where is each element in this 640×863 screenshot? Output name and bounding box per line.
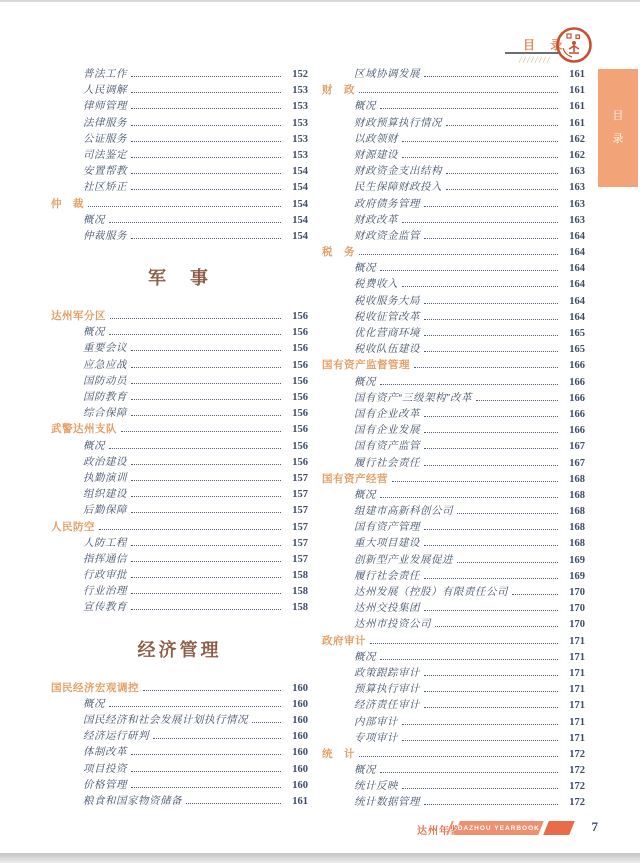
toc-entry: 经济责任审计171 bbox=[322, 697, 585, 713]
toc-entry: 普法工作152 bbox=[51, 66, 308, 82]
dotted-leader bbox=[99, 529, 281, 530]
toc-entry: 组织建设157 bbox=[51, 486, 308, 502]
toc-entry-page-number: 164 bbox=[562, 279, 585, 290]
dotted-leader bbox=[380, 659, 558, 660]
toc-entry-label: 达州发展（控股）有限责任公司 bbox=[322, 584, 508, 599]
toc-entry-page-number: 156 bbox=[285, 360, 308, 371]
toc-entry-label: 统 计 bbox=[322, 746, 355, 761]
toc-entry-page-number: 160 bbox=[285, 780, 308, 791]
toc-entry-page-number: 166 bbox=[562, 393, 585, 404]
toc-entry: 内部审计171 bbox=[322, 714, 585, 730]
toc-entry-page-number: 154 bbox=[285, 199, 308, 210]
toc-entry-page-number: 161 bbox=[562, 101, 585, 112]
toc-entry-page-number: 158 bbox=[285, 570, 308, 581]
toc-entry-page-number: 166 bbox=[562, 409, 585, 420]
toc-entry-page-number: 160 bbox=[285, 764, 308, 775]
dotted-leader bbox=[424, 351, 558, 352]
toc-entry-page-number: 164 bbox=[562, 263, 585, 274]
toc-entry-page-number: 161 bbox=[562, 69, 585, 80]
toc-entry-label: 财政改革 bbox=[322, 212, 398, 227]
dotted-leader bbox=[109, 334, 281, 335]
toc-entry: 政府审计171 bbox=[322, 633, 585, 649]
dotted-leader bbox=[143, 690, 281, 691]
toc-entry-page-number: 160 bbox=[285, 683, 308, 694]
toc-entry-label: 国防教育 bbox=[51, 389, 127, 404]
toc-entry-label: 财 政 bbox=[322, 82, 355, 97]
toc-entry: 达州市投资公司170 bbox=[322, 616, 585, 632]
toc-entry-label: 社区矫正 bbox=[51, 179, 127, 194]
toc-entry-label: 组建市高新科创公司 bbox=[322, 503, 453, 518]
toc-entry-page-number: 172 bbox=[562, 749, 585, 760]
toc-entry-page-number: 156 bbox=[285, 424, 308, 435]
toc-entry-label: 国防动员 bbox=[51, 373, 127, 388]
dotted-leader bbox=[424, 448, 558, 449]
toc-entry-label: 人民调解 bbox=[51, 82, 127, 97]
dotted-leader bbox=[131, 771, 281, 772]
dotted-leader bbox=[424, 303, 558, 304]
dotted-leader bbox=[380, 270, 558, 271]
toc-entry-label: 行业治理 bbox=[51, 583, 127, 598]
toc-entry-page-number: 156 bbox=[285, 311, 308, 322]
toc-entry-label: 国民经济和社会发展计划执行情况 bbox=[51, 712, 248, 727]
dotted-leader bbox=[131, 157, 281, 158]
toc-entry-page-number: 153 bbox=[285, 85, 308, 96]
toc-entry-label: 税收队伍建设 bbox=[322, 341, 420, 356]
dotted-leader bbox=[131, 593, 281, 594]
toc-entry: 国有资产经营168 bbox=[322, 471, 585, 487]
dotted-leader bbox=[424, 335, 558, 336]
toc-entry-label: 仲裁服务 bbox=[51, 228, 127, 243]
toc-entry: 预算执行审计171 bbox=[322, 681, 585, 697]
toc-entry-label: 行政审批 bbox=[51, 567, 127, 582]
toc-entry-page-number: 156 bbox=[285, 441, 308, 452]
toc-entry-page-number: 156 bbox=[285, 408, 308, 419]
dotted-leader bbox=[131, 108, 281, 109]
toc-entry-label: 普法工作 bbox=[51, 66, 127, 81]
toc-entry-label: 体制改革 bbox=[51, 744, 127, 759]
dotted-leader bbox=[131, 76, 281, 77]
dotted-leader bbox=[392, 481, 558, 482]
dotted-leader bbox=[424, 675, 558, 676]
dotted-leader bbox=[359, 756, 558, 757]
toc-entry: 财政资金监管164 bbox=[322, 228, 585, 244]
toc-entry-page-number: 166 bbox=[562, 425, 585, 436]
toc-entry-label: 履行社会责任 bbox=[322, 455, 420, 470]
dotted-leader bbox=[131, 399, 281, 400]
toc-entry-page-number: 156 bbox=[285, 457, 308, 468]
toc-entry-label: 重要会议 bbox=[51, 340, 127, 355]
dotted-leader bbox=[402, 286, 558, 287]
toc-entry: 综合保障156 bbox=[51, 405, 308, 421]
toc-entry-label: 国民经济宏观调控 bbox=[51, 680, 139, 695]
toc-entry: 达州军分区156 bbox=[51, 308, 308, 324]
toc-entry: 律师管理153 bbox=[51, 98, 308, 114]
toc-entry-page-number: 171 bbox=[562, 668, 585, 679]
toc-entry: 国有资产监督管理166 bbox=[322, 357, 585, 373]
dotted-leader bbox=[446, 189, 558, 190]
toc-entry: 统 计172 bbox=[322, 746, 585, 762]
toc-entry-page-number: 153 bbox=[285, 118, 308, 129]
toc-entry: 重大项目建设168 bbox=[322, 535, 585, 551]
toc-entry: 概况171 bbox=[322, 649, 585, 665]
toc-entry-page-number: 163 bbox=[562, 166, 585, 177]
toc-entry: 概况160 bbox=[51, 696, 308, 712]
dotted-leader bbox=[424, 432, 558, 433]
toc-entry: 税收队伍建设165 bbox=[322, 341, 585, 357]
dotted-leader bbox=[402, 222, 558, 223]
dotted-leader bbox=[424, 465, 558, 466]
toc-entry-page-number: 171 bbox=[562, 733, 585, 744]
toc-entry-label: 财政资金支出结构 bbox=[322, 163, 442, 178]
dotted-leader bbox=[424, 238, 558, 239]
toc-entry-page-number: 165 bbox=[562, 328, 585, 339]
toc-entry-page-number: 172 bbox=[562, 797, 585, 808]
dotted-leader bbox=[110, 318, 281, 319]
toc-entry: 国有资产“三级架构”改革166 bbox=[322, 390, 585, 406]
toc-entry: 概况156 bbox=[51, 324, 308, 340]
toc-entry-page-number: 171 bbox=[562, 636, 585, 647]
toc-column-left: 普法工作152人民调解153律师管理153法律服务153公证服务153司法鉴定1… bbox=[51, 66, 308, 811]
footer-badge-label: DAZHOU YEARBOOK bbox=[458, 825, 540, 832]
toc-entry: 国有资产监管167 bbox=[322, 438, 585, 454]
toc-entry-page-number: 158 bbox=[285, 586, 308, 597]
toc-entry: 以政领财162 bbox=[322, 131, 585, 147]
footer-yearbook-badge: DAZHOU YEARBOOK bbox=[454, 821, 544, 835]
toc-entry-page-number: 164 bbox=[562, 247, 585, 258]
toc-entry: 政策跟踪审计171 bbox=[322, 665, 585, 681]
toc-entry: 行政审批158 bbox=[51, 567, 308, 583]
toc-entry-label: 概况 bbox=[322, 487, 376, 502]
toc-entry-label: 国有企业发展 bbox=[322, 422, 420, 437]
toc-entry-label: 税费收入 bbox=[322, 276, 398, 291]
dotted-leader bbox=[402, 740, 558, 741]
dotted-leader bbox=[131, 577, 281, 578]
toc-entry: 创新型产业发展促进169 bbox=[322, 552, 585, 568]
toc-entry-label: 概况 bbox=[322, 98, 376, 113]
toc-entry-label: 国有资产管理 bbox=[322, 519, 420, 534]
toc-entry: 宣传教育158 bbox=[51, 599, 308, 615]
toc-entry-page-number: 168 bbox=[562, 538, 585, 549]
yearbook-toc-page: 目 录 //////// 目 录 普法工作152人民调解153律师管理153法律… bbox=[0, 0, 640, 863]
toc-entry-page-number: 167 bbox=[562, 441, 585, 452]
toc-entry-label: 税 务 bbox=[322, 244, 355, 259]
dotted-leader bbox=[131, 512, 281, 513]
toc-entry-page-number: 163 bbox=[562, 182, 585, 193]
toc-entry-page-number: 156 bbox=[285, 343, 308, 354]
toc-entry-label: 执勤演训 bbox=[51, 470, 127, 485]
dotted-leader bbox=[424, 610, 558, 611]
toc-entry-label: 专项审计 bbox=[322, 730, 398, 745]
dotted-leader bbox=[424, 206, 558, 207]
toc-entry: 粮食和国家物资储备161 bbox=[51, 793, 308, 809]
toc-entry: 政治建设156 bbox=[51, 454, 308, 470]
toc-entry-page-number: 165 bbox=[562, 344, 585, 355]
toc-entry: 后勤保障157 bbox=[51, 502, 308, 518]
dotted-leader bbox=[370, 643, 558, 644]
dotted-leader bbox=[424, 578, 558, 579]
toc-entry-page-number: 153 bbox=[285, 101, 308, 112]
toc-entry-label: 武警达州支队 bbox=[51, 421, 117, 436]
dotted-leader bbox=[414, 367, 558, 368]
toc-entry-label: 安置帮教 bbox=[51, 163, 127, 178]
toc-entry-page-number: 160 bbox=[285, 715, 308, 726]
toc-entry-label: 概况 bbox=[51, 212, 105, 227]
dotted-leader bbox=[424, 416, 558, 417]
dotted-leader bbox=[131, 383, 281, 384]
dotted-leader bbox=[446, 173, 558, 174]
toc-entry-label: 项目投资 bbox=[51, 761, 127, 776]
toc-entry-page-number: 157 bbox=[285, 522, 308, 533]
dotted-leader bbox=[131, 189, 281, 190]
toc-entry-label: 指挥通信 bbox=[51, 551, 127, 566]
toc-entry-page-number: 169 bbox=[562, 571, 585, 582]
toc-entry-page-number: 170 bbox=[562, 587, 585, 598]
toc-entry-page-number: 158 bbox=[285, 602, 308, 613]
toc-entry: 概况156 bbox=[51, 438, 308, 454]
dotted-leader bbox=[131, 173, 281, 174]
toc-entry-label: 概况 bbox=[51, 324, 105, 339]
toc-entry-page-number: 171 bbox=[562, 717, 585, 728]
toc-entry: 仲裁服务154 bbox=[51, 228, 308, 244]
toc-entry-page-number: 168 bbox=[562, 506, 585, 517]
toc-entry-page-number: 170 bbox=[562, 603, 585, 614]
toc-entry: 财政预算执行情况161 bbox=[322, 115, 585, 131]
toc-entry: 指挥通信157 bbox=[51, 551, 308, 567]
section-title: 经济管理 bbox=[51, 636, 308, 662]
dotted-leader bbox=[131, 92, 281, 93]
toc-entry-page-number: 169 bbox=[562, 555, 585, 566]
dotted-leader bbox=[131, 754, 281, 755]
toc-entry-page-number: 164 bbox=[562, 296, 585, 307]
dotted-leader bbox=[131, 415, 281, 416]
dotted-leader bbox=[476, 400, 558, 401]
toc-entry: 概况154 bbox=[51, 212, 308, 228]
toc-entry: 概况161 bbox=[322, 98, 585, 114]
page-bottom-edge bbox=[0, 853, 640, 863]
toc-entry-label: 公证服务 bbox=[51, 131, 127, 146]
toc-entry-page-number: 171 bbox=[562, 700, 585, 711]
toc-entry-label: 重大项目建设 bbox=[322, 535, 420, 550]
dotted-leader bbox=[380, 497, 558, 498]
section-title: 军 事 bbox=[51, 264, 308, 290]
toc-entry-label: 综合保障 bbox=[51, 405, 127, 420]
toc-entry: 价格管理160 bbox=[51, 777, 308, 793]
toc-entry-page-number: 157 bbox=[285, 505, 308, 516]
dotted-leader bbox=[88, 206, 281, 207]
toc-entry-page-number: 160 bbox=[285, 699, 308, 710]
toc-entry: 区域协调发展161 bbox=[322, 66, 585, 82]
dotted-leader bbox=[131, 141, 281, 142]
toc-entry-label: 国有资产监管 bbox=[322, 438, 420, 453]
toc-entry: 概况164 bbox=[322, 260, 585, 276]
toc-entry-page-number: 171 bbox=[562, 684, 585, 695]
toc-entry-page-number: 153 bbox=[285, 150, 308, 161]
toc-entry-label: 人民防空 bbox=[51, 519, 95, 534]
toc-entry-label: 统计反映 bbox=[322, 778, 398, 793]
toc-entry-page-number: 160 bbox=[285, 747, 308, 758]
toc-entry-label: 优化营商环境 bbox=[322, 325, 420, 340]
toc-entry-label: 政治建设 bbox=[51, 454, 127, 469]
dotted-leader bbox=[457, 562, 558, 563]
yearbook-seal-icon bbox=[555, 26, 593, 64]
toc-entry-page-number: 161 bbox=[562, 118, 585, 129]
dotted-leader bbox=[109, 222, 281, 223]
dotted-leader bbox=[380, 772, 558, 773]
toc-entry: 履行社会责任167 bbox=[322, 455, 585, 471]
toc-entry-page-number: 163 bbox=[562, 199, 585, 210]
toc-entry: 政府债务管理163 bbox=[322, 196, 585, 212]
toc-entry-label: 区域协调发展 bbox=[322, 66, 420, 81]
toc-entry-label: 概况 bbox=[322, 260, 376, 275]
toc-entry-label: 法律服务 bbox=[51, 115, 127, 130]
dotted-leader bbox=[424, 319, 558, 320]
dotted-leader bbox=[131, 367, 281, 368]
toc-entry-label: 概况 bbox=[322, 374, 376, 389]
side-tab-char: 录 bbox=[613, 134, 624, 145]
toc-entry-label: 达州交投集团 bbox=[322, 600, 420, 615]
toc-entry: 税收服务大局164 bbox=[322, 293, 585, 309]
toc-entry-page-number: 156 bbox=[285, 392, 308, 403]
toc-entry: 财政资金支出结构163 bbox=[322, 163, 585, 179]
toc-entry-page-number: 168 bbox=[562, 522, 585, 533]
dotted-leader bbox=[359, 92, 558, 93]
dotted-leader bbox=[153, 738, 281, 739]
toc-entry: 概况172 bbox=[322, 762, 585, 778]
toc-entry-page-number: 164 bbox=[562, 312, 585, 323]
toc-entry-label: 国有企业改革 bbox=[322, 406, 420, 421]
toc-entry: 人民调解153 bbox=[51, 82, 308, 98]
toc-entry-label: 概况 bbox=[51, 438, 105, 453]
dotted-leader bbox=[424, 691, 558, 692]
toc-entry-label: 政府审计 bbox=[322, 633, 366, 648]
side-tab-contents: 目 录 bbox=[598, 69, 638, 187]
dotted-leader bbox=[131, 787, 281, 788]
toc-entry: 统计反映172 bbox=[322, 778, 585, 794]
dotted-leader bbox=[131, 545, 281, 546]
toc-entry-page-number: 164 bbox=[562, 231, 585, 242]
toc-entry-page-number: 163 bbox=[562, 215, 585, 226]
toc-entry-page-number: 154 bbox=[285, 182, 308, 193]
toc-entry-page-number: 162 bbox=[562, 134, 585, 145]
toc-entry-label: 履行社会责任 bbox=[322, 568, 420, 583]
toc-entry: 体制改革160 bbox=[51, 744, 308, 760]
dotted-leader bbox=[512, 594, 558, 595]
toc-entry: 项目投资160 bbox=[51, 761, 308, 777]
toc-entry-page-number: 166 bbox=[562, 377, 585, 388]
toc-entry-page-number: 172 bbox=[562, 765, 585, 776]
dotted-leader bbox=[131, 125, 281, 126]
dotted-leader bbox=[131, 238, 281, 239]
footer-badge-parallelogram bbox=[543, 821, 575, 835]
toc-entry: 法律服务153 bbox=[51, 115, 308, 131]
toc-content: 普法工作152人民调解153律师管理153法律服务153公证服务153司法鉴定1… bbox=[51, 66, 585, 811]
toc-entry-label: 财政资金监管 bbox=[322, 228, 420, 243]
toc-entry-label: 预算执行审计 bbox=[322, 681, 420, 696]
toc-entry-page-number: 154 bbox=[285, 166, 308, 177]
toc-entry-label: 内部审计 bbox=[322, 714, 398, 729]
toc-entry-label: 政府债务管理 bbox=[322, 196, 420, 211]
toc-entry-page-number: 152 bbox=[285, 69, 308, 80]
toc-entry-label: 达州军分区 bbox=[51, 308, 106, 323]
toc-entry: 财源建设162 bbox=[322, 147, 585, 163]
toc-entry-label: 创新型产业发展促进 bbox=[322, 552, 453, 567]
toc-entry: 人民防空157 bbox=[51, 519, 308, 535]
toc-entry: 达州发展（控股）有限责任公司170 bbox=[322, 584, 585, 600]
toc-entry-label: 国有资产监督管理 bbox=[322, 357, 410, 372]
toc-entry-label: 仲 裁 bbox=[51, 196, 84, 211]
toc-entry: 仲 裁154 bbox=[51, 196, 308, 212]
toc-entry-label: 国有资产“三级架构”改革 bbox=[322, 390, 472, 405]
toc-entry: 优化营商环境165 bbox=[322, 325, 585, 341]
toc-entry: 人防工程157 bbox=[51, 535, 308, 551]
toc-entry-page-number: 153 bbox=[285, 134, 308, 145]
header-slashes-decoration: //////// bbox=[519, 55, 551, 65]
dotted-leader bbox=[109, 706, 281, 707]
dotted-leader bbox=[424, 529, 558, 530]
dotted-leader bbox=[359, 254, 558, 255]
toc-entry-label: 应急应战 bbox=[51, 357, 127, 372]
dotted-leader bbox=[131, 496, 281, 497]
toc-entry: 专项审计171 bbox=[322, 730, 585, 746]
toc-entry-page-number: 172 bbox=[562, 781, 585, 792]
toc-entry-page-number: 156 bbox=[285, 376, 308, 387]
toc-entry: 达州交投集团170 bbox=[322, 600, 585, 616]
dotted-leader bbox=[402, 157, 558, 158]
dotted-leader bbox=[457, 513, 558, 514]
toc-entry-label: 粮食和国家物资储备 bbox=[51, 793, 182, 808]
toc-entry: 执勤演训157 bbox=[51, 470, 308, 486]
toc-entry-page-number: 161 bbox=[562, 85, 585, 96]
toc-entry: 国有企业改革166 bbox=[322, 406, 585, 422]
toc-entry: 民生保障财政投入163 bbox=[322, 179, 585, 195]
dotted-leader bbox=[424, 804, 558, 805]
toc-entry: 税 务164 bbox=[322, 244, 585, 260]
toc-entry-label: 人防工程 bbox=[51, 535, 127, 550]
dotted-leader bbox=[252, 722, 281, 723]
toc-entry: 国有资产管理168 bbox=[322, 519, 585, 535]
toc-entry: 重要会议156 bbox=[51, 340, 308, 356]
toc-entry: 国民经济和社会发展计划执行情况160 bbox=[51, 712, 308, 728]
toc-entry: 国有企业发展166 bbox=[322, 422, 585, 438]
toc-entry: 统计数据管理172 bbox=[322, 794, 585, 810]
page-number: 7 bbox=[578, 819, 598, 835]
dotted-leader bbox=[131, 561, 281, 562]
toc-entry-label: 国有资产经营 bbox=[322, 471, 388, 486]
toc-entry-label: 税收征管改革 bbox=[322, 309, 420, 324]
toc-entry-label: 概况 bbox=[322, 649, 376, 664]
toc-entry: 国防动员156 bbox=[51, 373, 308, 389]
toc-entry: 安置帮教154 bbox=[51, 163, 308, 179]
toc-entry-label: 民生保障财政投入 bbox=[322, 179, 442, 194]
toc-entry-label: 价格管理 bbox=[51, 777, 127, 792]
toc-entry-page-number: 170 bbox=[562, 619, 585, 630]
toc-entry: 税收征管改革164 bbox=[322, 309, 585, 325]
toc-entry: 武警达州支队156 bbox=[51, 421, 308, 437]
dotted-leader bbox=[402, 724, 558, 725]
dotted-leader bbox=[380, 384, 558, 385]
toc-entry-page-number: 160 bbox=[285, 731, 308, 742]
toc-entry: 公证服务153 bbox=[51, 131, 308, 147]
toc-entry: 概况168 bbox=[322, 487, 585, 503]
toc-entry-page-number: 154 bbox=[285, 231, 308, 242]
toc-entry-label: 后勤保障 bbox=[51, 502, 127, 517]
dotted-leader bbox=[446, 125, 558, 126]
toc-entry: 财 政161 bbox=[322, 82, 585, 98]
toc-entry: 社区矫正154 bbox=[51, 179, 308, 195]
dotted-leader bbox=[435, 626, 558, 627]
toc-entry-page-number: 167 bbox=[562, 458, 585, 469]
dotted-leader bbox=[424, 76, 558, 77]
